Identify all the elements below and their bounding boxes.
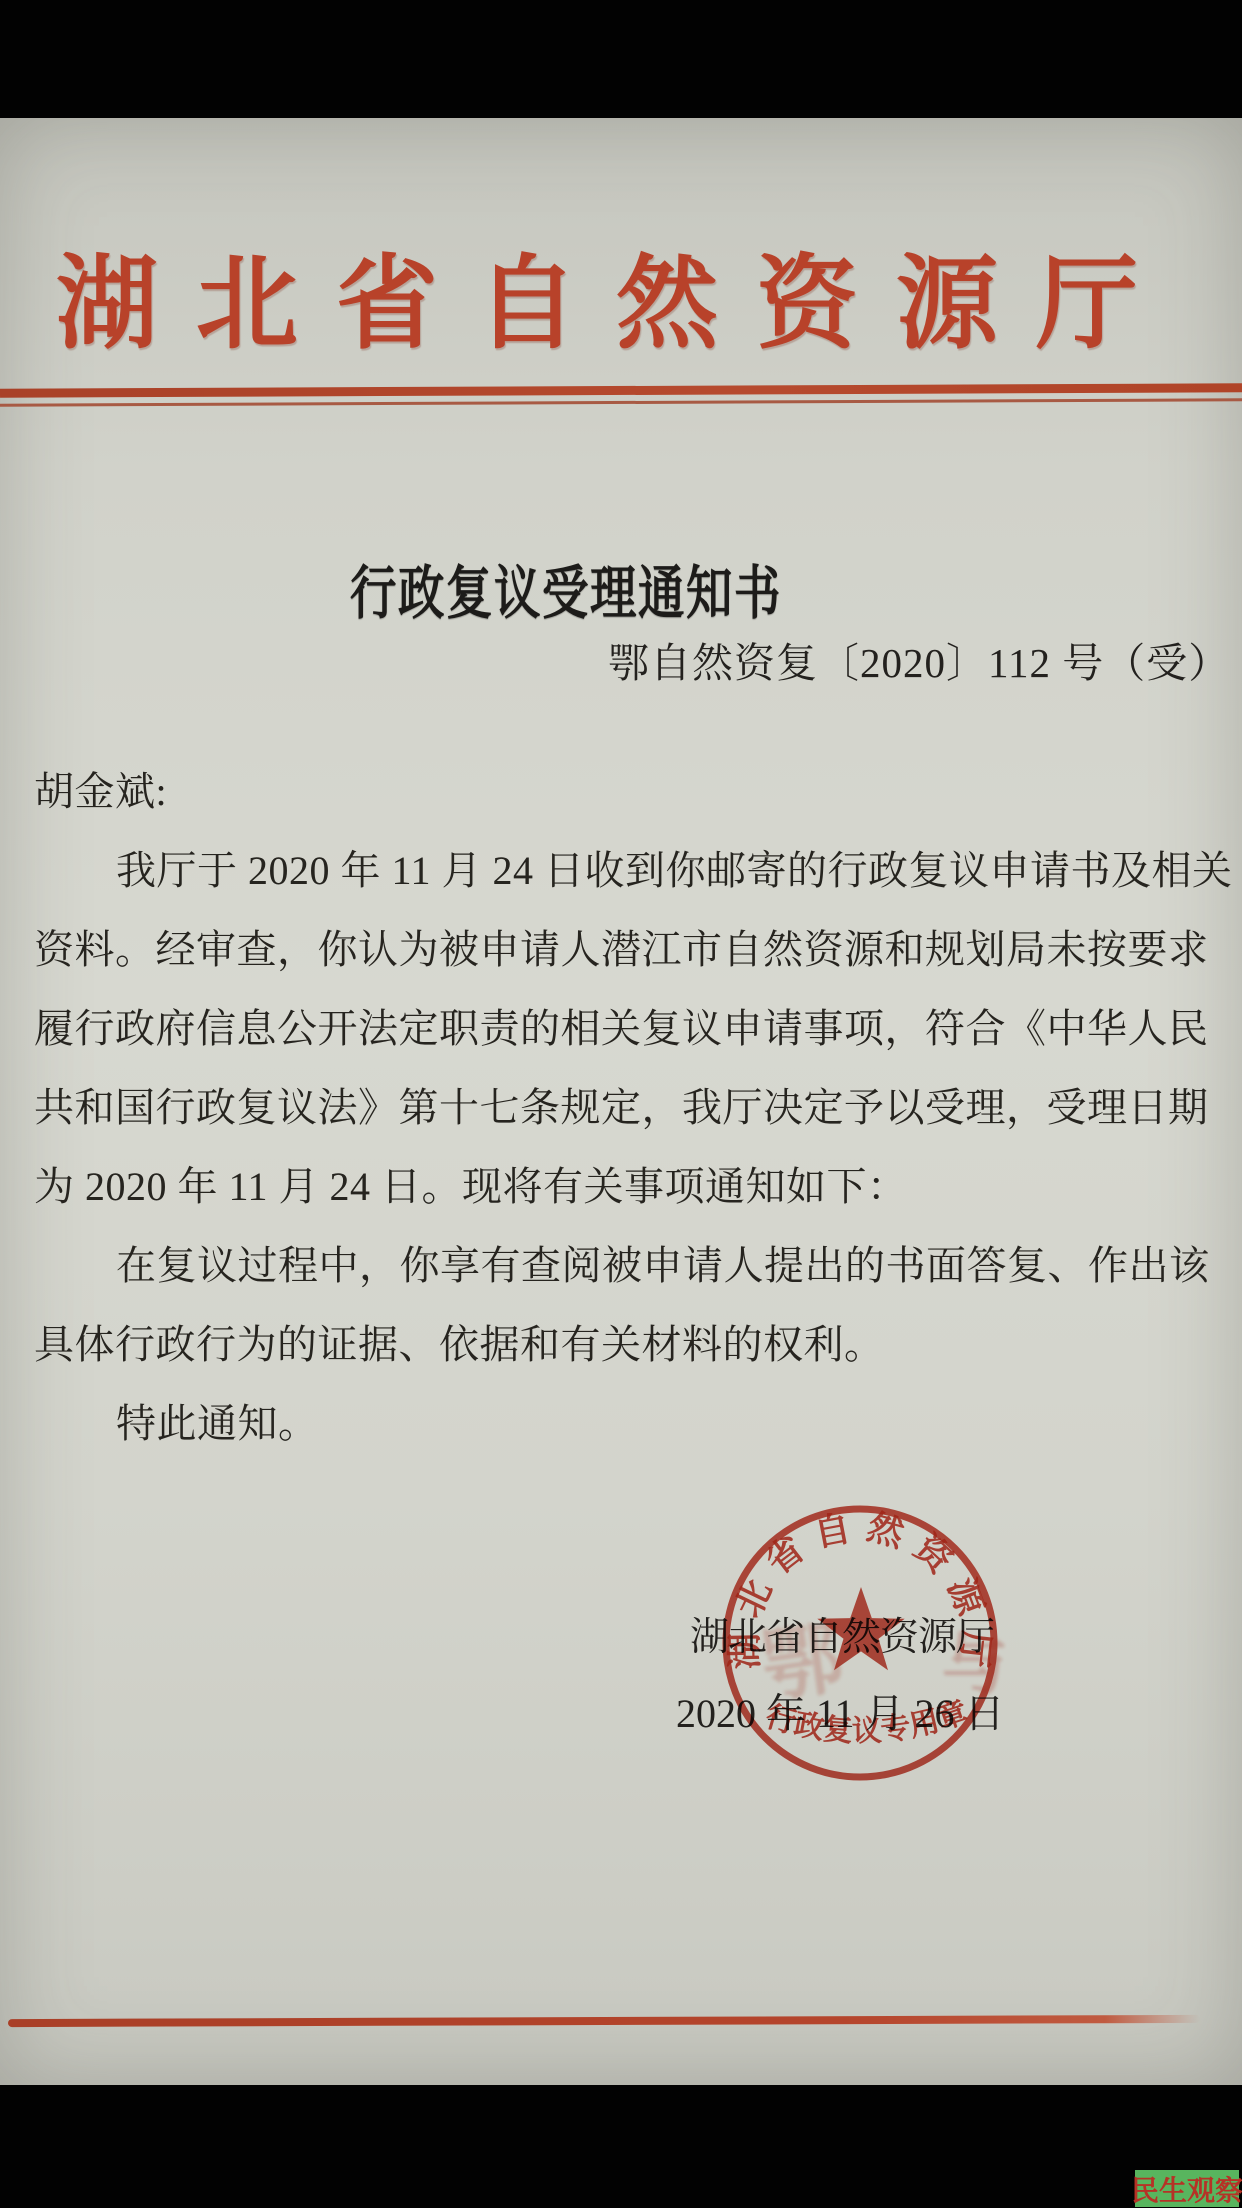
body-line: 具体行政行为的证据、依据和有关材料的权利。 [34, 1305, 1210, 1384]
document-page: 湖北省自然资源厅 行政复议受理通知书 鄂自然资复〔2020〕112 号（受） 胡… [0, 118, 1242, 2085]
watermark-badge: 民生观察 [1135, 2170, 1239, 2207]
official-seal: 鄂 与 湖北省自然资源厅 行政复议专用章 [690, 1490, 1035, 1825]
notice-body: 胡金斌: 我厅于 2020 年 11 月 24 日收到你邮寄的行政复议申请书及相… [34, 752, 1210, 1463]
letterhead-rule-thick [0, 383, 1242, 397]
body-line: 履行政府信息公开法定职责的相关复议申请事项，符合《中华人民 [34, 989, 1210, 1068]
body-line: 在复议过程中，你享有查阅被申请人提出的书面答复、作出该 [34, 1226, 1210, 1305]
body-line: 资料。经审查，你认为被申请人潜江市自然资源和规划局未按要求 [34, 910, 1210, 989]
body-line: 为 2020 年 11 月 24 日。现将有关事项通知如下： [34, 1147, 1210, 1226]
watermark-label: 民生观察 [1131, 2169, 1242, 2208]
body-line: 我厅于 2020 年 11 月 24 日收到你邮寄的行政复议申请书及相关 [34, 831, 1210, 910]
letterhead-agency-name: 湖北省自然资源厅 [0, 250, 1242, 362]
photo-screenshot: 湖北省自然资源厅 行政复议受理通知书 鄂自然资复〔2020〕112 号（受） 胡… [0, 0, 1242, 2208]
salutation: 胡金斌: [34, 752, 1210, 831]
letterhead-rule-thin [0, 398, 1242, 406]
doc-number: 鄂自然资复〔2020〕112 号（受） [608, 630, 1230, 689]
notice-title: 行政复议受理通知书 [350, 546, 782, 630]
bottom-letterbox [0, 2085, 1242, 2208]
footer-rule [8, 2015, 1200, 2027]
body-line: 共和国行政复议法》第十七条规定，我厅决定予以受理，受理日期 [34, 1068, 1210, 1147]
top-letterbox [0, 0, 1242, 118]
body-line: 特此通知。 [34, 1384, 1210, 1463]
